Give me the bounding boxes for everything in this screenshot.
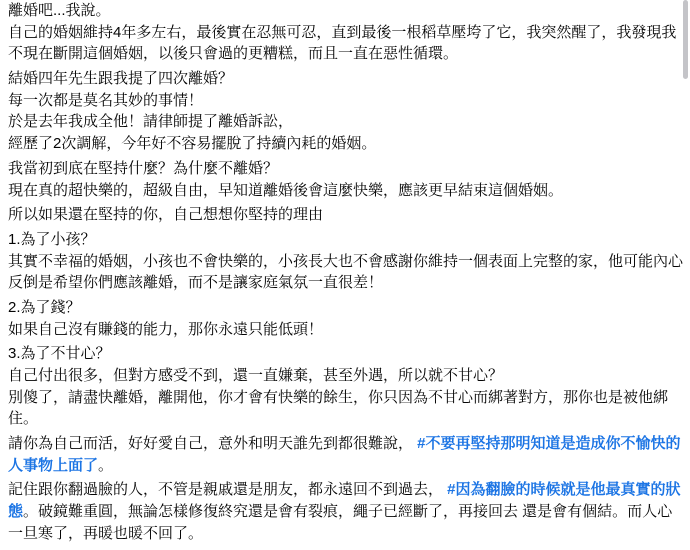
post-line: 記住跟你翻過臉的人，不管是親戚還是朋友，都永遠回不到過去， #因為翻臉的時候就是… bbox=[8, 479, 676, 501]
post-line: 請你為自己而活，好好愛自己，意外和明天誰先到都很難說， #不要再堅持那明知道是造… bbox=[8, 433, 676, 455]
post-text: 3.為了不甘心？ bbox=[8, 345, 111, 362]
post-text: 我當初到底在堅持什麼？為什麼不離婚？ bbox=[8, 160, 278, 177]
post-text: 如果自己沒有賺錢的能力，那你永遠只能低頭！ bbox=[8, 321, 323, 338]
post-paragraph: 2.為了錢？如果自己沒有賺錢的能力，那你永遠只能低頭！ bbox=[8, 297, 676, 340]
post-paragraph: 離婚吧...我說。自己的婚姻維持4年多左右，最後實在忍無可忍，直到最後一根稻草壓… bbox=[8, 0, 676, 65]
hashtag-link[interactable]: 態 bbox=[8, 503, 23, 520]
post-line: 人事物上面了。 bbox=[8, 455, 676, 477]
post-line: 自己付出很多，但對方感受不到，還一直嫌棄，甚至外遇，所以就不甘心？ bbox=[8, 365, 676, 387]
post-text: 。 bbox=[98, 457, 113, 474]
post-line: 態。破鏡難重圓，無論怎樣修復終究還是會有裂痕，繩子已經斷了，再接回去 還是會有個… bbox=[8, 501, 676, 523]
post-line: 別傻了，請盡快離婚，離開他，你才會有快樂的餘生，你只因為不甘心而綁著對方，那你也… bbox=[8, 387, 676, 409]
post-line: 不現在斷開這個婚姻，以後只會過的更糟糕，而且一直在惡性循環。 bbox=[8, 43, 676, 65]
post-line: 1.為了小孩？ bbox=[8, 229, 676, 251]
post-line: 每一次都是莫名其妙的事情！ bbox=[8, 90, 676, 112]
post-line: 反倒是希望你們應該離婚，而不是讓家庭氣氛一直很差！ bbox=[8, 272, 676, 294]
post-text: 於是去年我成全他！請律師提了離婚訴訟， bbox=[8, 113, 293, 130]
hashtag-link[interactable]: #不要再堅持那明知道是造成你不愉快的 bbox=[417, 435, 680, 452]
post-line: 如果自己沒有賺錢的能力，那你永遠只能低頭！ bbox=[8, 319, 676, 341]
scrollbar-thumb[interactable] bbox=[683, 0, 688, 79]
post-text: 結婚四年先生跟我提了四次離婚？ bbox=[8, 70, 233, 87]
post-line: 其實不幸福的婚姻，小孩也不會快樂的，小孩長大也不會感謝你維持一個表面上完整的家，… bbox=[8, 251, 676, 273]
post-text: 1.為了小孩？ bbox=[8, 231, 96, 248]
post-line: 2.為了錢？ bbox=[8, 297, 676, 319]
post-text: 離婚吧...我說。 bbox=[8, 2, 111, 19]
post-line: 離婚吧...我說。 bbox=[8, 0, 676, 22]
post-text: 住。 bbox=[8, 410, 38, 427]
post-paragraph: 記住跟你翻過臉的人，不管是親戚還是朋友，都永遠回不到過去， #因為翻臉的時候就是… bbox=[8, 479, 676, 544]
post-text: 反倒是希望你們應該離婚，而不是讓家庭氣氛一直很差！ bbox=[8, 274, 383, 291]
post-text: 。破鏡難重圓，無論怎樣修復終究還是會有裂痕，繩子已經斷了，再接回去 還是會有個結… bbox=[23, 503, 672, 520]
scrollbar[interactable] bbox=[681, 0, 690, 550]
post-text: 記住跟你翻過臉的人，不管是親戚還是朋友，都永遠回不到過去， bbox=[8, 481, 447, 498]
post-text: 每一次都是莫名其妙的事情！ bbox=[8, 92, 203, 109]
hashtag-link[interactable]: 人事物上面了 bbox=[8, 457, 98, 474]
post-text: 自己的婚姻維持4年多左右，最後實在忍無可忍，直到最後一根稻草壓垮了它，我突然醒了… bbox=[8, 24, 676, 41]
post-text: 所以如果還在堅持的你，自己想想你堅持的理由 bbox=[8, 206, 323, 223]
post-text: 不現在斷開這個婚姻，以後只會過的更糟糕，而且一直在惡性循環。 bbox=[8, 45, 458, 62]
hashtag-link[interactable]: #因為翻臉的時候就是他最真實的狀 bbox=[447, 481, 680, 498]
post-line: 自己的婚姻維持4年多左右，最後實在忍無可忍，直到最後一根稻草壓垮了它，我突然醒了… bbox=[8, 22, 676, 44]
post-line: 於是去年我成全他！請律師提了離婚訴訟， bbox=[8, 111, 676, 133]
post-text: 其實不幸福的婚姻，小孩也不會快樂的，小孩長大也不會感謝你維持一個表面上完整的家，… bbox=[8, 253, 683, 270]
post-text: 別傻了，請盡快離婚，離開他，你才會有快樂的餘生，你只因為不甘心而綁著對方，那你也… bbox=[8, 389, 668, 406]
post-paragraph: 結婚四年先生跟我提了四次離婚？每一次都是莫名其妙的事情！於是去年我成全他！請律師… bbox=[8, 68, 676, 155]
post-text: 請你為自己而活，好好愛自己，意外和明天誰先到都很難說， bbox=[8, 435, 417, 452]
post-text: 經歷了2次調解，今年好不容易擺脫了持續內耗的婚姻。 bbox=[8, 135, 376, 152]
post-line: 所以如果還在堅持的你，自己想想你堅持的理由 bbox=[8, 204, 676, 226]
post-text: 2.為了錢？ bbox=[8, 299, 81, 316]
post-body: 離婚吧...我說。自己的婚姻維持4年多左右，最後實在忍無可忍，直到最後一根稻草壓… bbox=[0, 0, 690, 545]
post-paragraph: 3.為了不甘心？自己付出很多，但對方感受不到，還一直嫌棄，甚至外遇，所以就不甘心… bbox=[8, 343, 676, 430]
post-line: 經歷了2次調解，今年好不容易擺脫了持續內耗的婚姻。 bbox=[8, 133, 676, 155]
post-line: 3.為了不甘心？ bbox=[8, 343, 676, 365]
post-line: 我當初到底在堅持什麼？為什麼不離婚？ bbox=[8, 158, 676, 180]
post-paragraph: 所以如果還在堅持的你，自己想想你堅持的理由 bbox=[8, 204, 676, 226]
post-paragraph: 1.為了小孩？其實不幸福的婚姻，小孩也不會快樂的，小孩長大也不會感謝你維持一個表… bbox=[8, 229, 676, 294]
post-line: 住。 bbox=[8, 408, 676, 430]
post-text: 一旦寒了，再暖也暖不回了。 bbox=[8, 525, 203, 542]
post-line: 結婚四年先生跟我提了四次離婚？ bbox=[8, 68, 676, 90]
post-paragraph: 我當初到底在堅持什麼？為什麼不離婚？現在真的超快樂的，超級自由，早知道離婚後會這… bbox=[8, 158, 676, 201]
post-text: 現在真的超快樂的，超級自由，早知道離婚後會這麼快樂，應該更早結束這個婚姻。 bbox=[8, 182, 563, 199]
post-line: 現在真的超快樂的，超級自由，早知道離婚後會這麼快樂，應該更早結束這個婚姻。 bbox=[8, 180, 676, 202]
post-text: 自己付出很多，但對方感受不到，還一直嫌棄，甚至外遇，所以就不甘心？ bbox=[8, 367, 503, 384]
post-paragraph: 請你為自己而活，好好愛自己，意外和明天誰先到都很難說， #不要再堅持那明知道是造… bbox=[8, 433, 676, 476]
post-line: 一旦寒了，再暖也暖不回了。 bbox=[8, 523, 676, 545]
